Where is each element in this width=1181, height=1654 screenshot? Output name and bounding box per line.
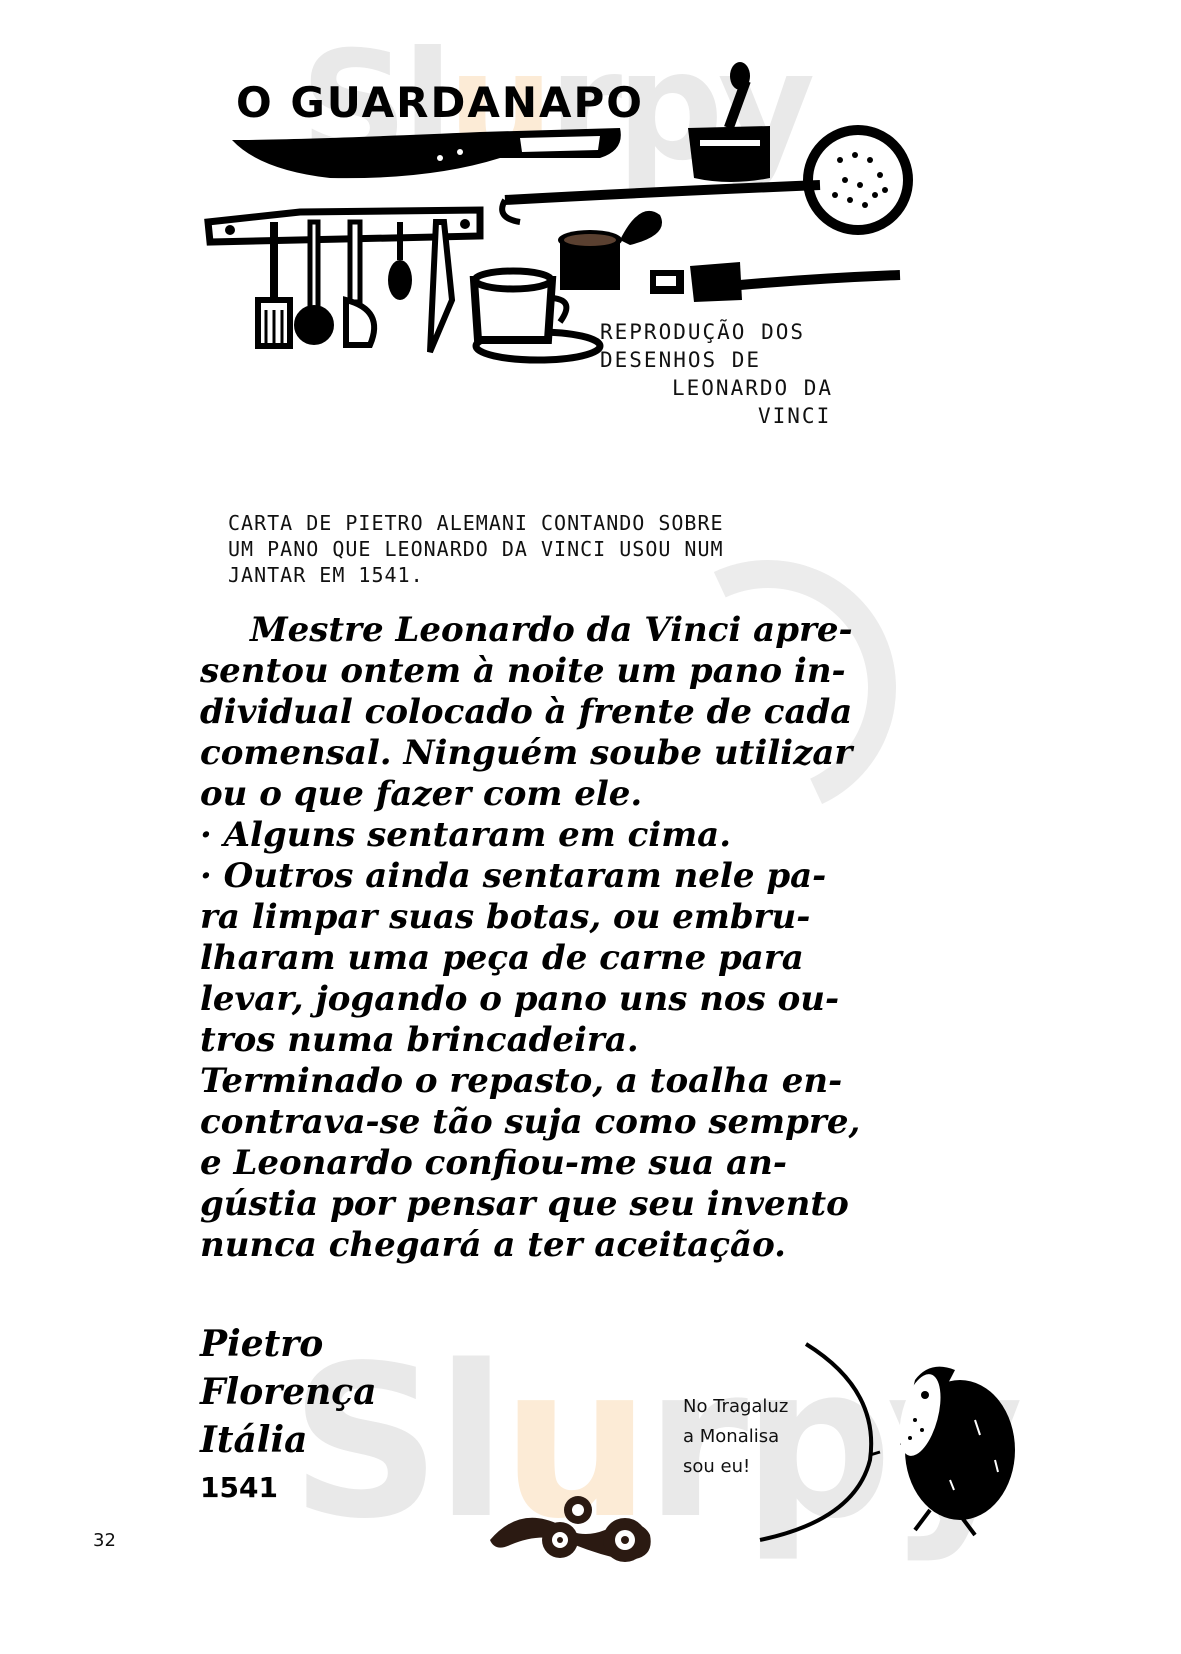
letter-line: · Alguns sentaram em cima. xyxy=(200,815,920,856)
letter-line: · Outros ainda sentaram nele pa- xyxy=(200,856,920,897)
signature-year: 1541 xyxy=(200,1464,377,1512)
letter-line: contrava-se tão suja como sempre, xyxy=(200,1102,920,1143)
speech-line: a Monalisa xyxy=(683,1422,788,1452)
letter-line: levar, jogando o pano uns nos ou- xyxy=(200,979,920,1020)
signature-name: Pietro xyxy=(200,1320,377,1368)
speech-bubble-text: No Tragaluz a Monalisa sou eu! xyxy=(683,1392,788,1482)
letter-line: nunca chegará a ter aceitação. xyxy=(200,1225,920,1266)
swirl-ornament-icon xyxy=(490,1496,651,1562)
letter-line: dividual colocado à frente de cada xyxy=(200,692,920,733)
handwritten-letter: Mestre Leonardo da Vinci apre- sentou on… xyxy=(200,610,920,1266)
intro-line: CARTA DE PIETRO ALEMANI CONTANDO SOBRE xyxy=(228,510,868,536)
letter-line: lharam uma peça de carne para xyxy=(200,938,920,979)
pan-icon xyxy=(690,262,900,302)
letter-intro: CARTA DE PIETRO ALEMANI CONTANDO SOBRE U… xyxy=(228,510,868,588)
letter-line: sentou ontem à noite um pano in- xyxy=(200,651,920,692)
speech-line: sou eu! xyxy=(683,1452,788,1482)
caption-line: REPRODUÇÃO DOS xyxy=(600,318,833,346)
illustration-caption: REPRODUÇÃO DOS DESENHOS DE LEONARDO DA V… xyxy=(600,318,833,430)
page-number: 32 xyxy=(93,1530,116,1551)
letter-line: Terminado o repasto, a toalha en- xyxy=(200,1061,920,1102)
letter-line: ra limpar suas botas, ou embru- xyxy=(200,897,920,938)
knife-icon xyxy=(232,128,621,178)
caption-line: DESENHOS DE xyxy=(600,346,833,374)
utensil-rack-icon xyxy=(208,210,480,352)
letter-line: ou o que fazer com ele. xyxy=(200,774,920,815)
letter-line: comensal. Ninguém soube utilizar xyxy=(200,733,920,774)
letter-line: gústia por pensar que seu invento xyxy=(200,1184,920,1225)
signature-city: Florença xyxy=(200,1368,377,1416)
letter-line: tros numa brincadeira. xyxy=(200,1020,920,1061)
mouse-icon xyxy=(892,1367,1015,1535)
signature: Pietro Florença Itália 1541 xyxy=(200,1320,377,1512)
intro-line: UM PANO QUE LEONARDO DA VINCI USOU NUM xyxy=(228,536,868,562)
pot-icon xyxy=(558,211,684,294)
caption-line: VINCI xyxy=(600,402,833,430)
letter-line: e Leonardo confiou-me sua an- xyxy=(200,1143,920,1184)
page-title: O GUARDANAPO xyxy=(236,78,644,127)
intro-line: JANTAR EM 1541. xyxy=(228,562,868,588)
letter-line: Mestre Leonardo da Vinci apre- xyxy=(200,610,920,651)
caption-line: LEONARDO DA xyxy=(600,374,833,402)
watermark-bottom: Slurpy xyxy=(290,1320,1018,1565)
mortar-pestle-icon xyxy=(688,62,770,182)
kitchen-utensils-illustration xyxy=(0,0,1181,460)
speech-line: No Tragaluz xyxy=(683,1392,788,1422)
signature-country: Itália xyxy=(200,1416,377,1464)
